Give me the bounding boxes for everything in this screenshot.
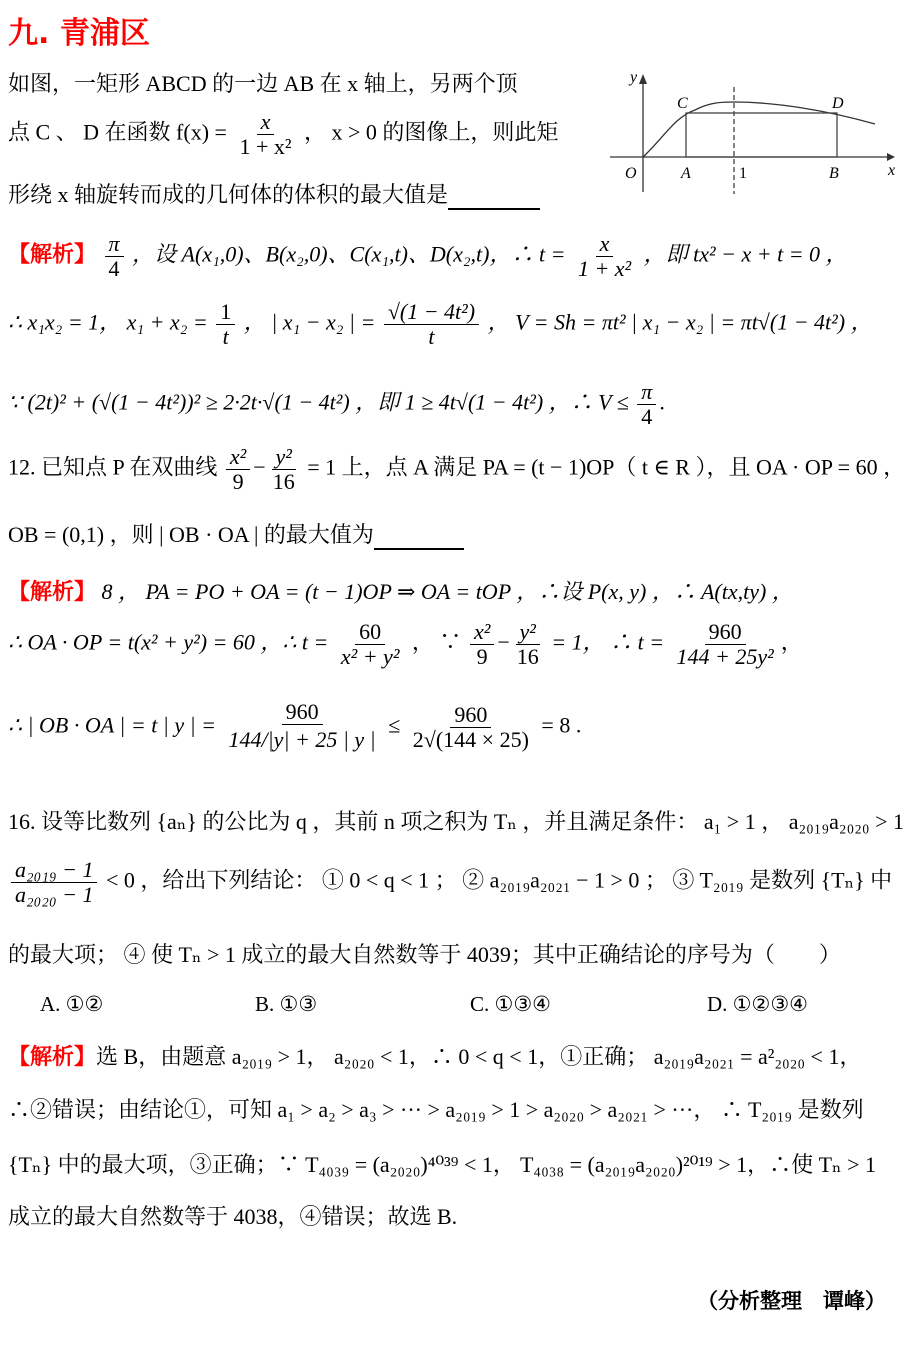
answer-blank [448, 182, 540, 210]
answer-fraction: π 4 [105, 232, 124, 281]
q12-line1: 12. 已知点 P 在双曲线 x² 9 − y² 16 = 1 上，点 A 满足… [8, 445, 905, 494]
option-c[interactable]: C. ①③④ [470, 992, 551, 1017]
q11-solution-line1: 【解析】 π 4 ，设 A(x₁,0)、B(x₂,0)、C(x₁,t)、D(x₂… [8, 232, 848, 281]
svg-text:y: y [628, 72, 638, 86]
svg-text:A: A [680, 165, 691, 182]
svg-text:C: C [677, 95, 688, 112]
option-d[interactable]: D. ①②③④ [707, 992, 808, 1017]
q11-solution-line3: ∵ (2t)² + (√(1 − 4t²))² ≥ 2·2t·√(1 − 4t²… [8, 380, 665, 429]
q11-line3: 形绕 x 轴旋转而成的几何体的体积的最大值是 [8, 178, 540, 210]
q12-solution-line2: ∴ OA · OP = t(x² + y²) = 60 ，∴ t = 60 x²… [8, 620, 803, 669]
rectangle-curve-figure: y x O A B C D 1 [605, 72, 895, 197]
q16-solution-line3: {Tₙ} 中的最大项，③正确；∵ T₄₀₃₉ = (a₂₀₂₀)⁴⁰³⁹ < 1… [8, 1148, 876, 1179]
svg-text:B: B [829, 165, 839, 182]
svg-text:x: x [887, 162, 895, 179]
q16-solution-line2: ∴②错误；由结论①，可知 a₁ > a₂ > a₃ > ··· > a₂₀₁₉ … [8, 1093, 864, 1124]
option-b[interactable]: B. ①③ [255, 992, 317, 1017]
svg-text:D: D [831, 95, 844, 112]
q16-solution-line4: 成立的最大自然数等于 4038，④错误；故选 B. [8, 1200, 457, 1231]
option-a[interactable]: A. ①② [40, 992, 103, 1017]
function-fraction: x 1 + x² [235, 110, 295, 159]
y-axis-arrow-icon [639, 74, 647, 84]
q12-solution-line1: 【解析】 8 ， PA = PO + OA = (t − 1)OP ⇒ OA =… [8, 575, 794, 606]
q11-line2: 点 C 、 D 在函数 f(x) = x 1 + x² ， x > 0 的图像上… [8, 110, 558, 159]
author-credit: （分析整理 谭峰） [697, 1285, 886, 1315]
svg-text:1: 1 [739, 165, 747, 182]
x-axis-arrow-icon [887, 153, 895, 161]
q11-line2-post: ， x > 0 的图像上，则此矩 [304, 120, 558, 145]
q16-line1: 16. 设等比数列 {aₙ} 的公比为 q ，其前 n 项之积为 Tₙ ，并且满… [8, 805, 908, 836]
solution-label: 【解析】 [8, 1045, 96, 1070]
solution-label: 【解析】 [8, 580, 96, 605]
q11-solution-line2: ∴ x₁x₂ = 1， x₁ + x₂ = 1 t ， | x₁ − x₂ | … [8, 300, 873, 349]
q11-line1: 如图，一矩形 ABCD 的一边 AB 在 x 轴上，另两个顶 [8, 70, 518, 98]
section-title: 九. 青浦区 [8, 8, 150, 52]
answer-blank [374, 522, 464, 550]
q12-line2: OB = (0,1) ，则 | OB · OA | 的最大值为 [8, 518, 464, 550]
q11-line2-pre: 点 C 、 D 在函数 f(x) = [8, 120, 227, 145]
q16-solution-line1: 【解析】选 B，由题意 a₂₀₁₉ > 1， a₂₀₂₀ < 1，∴ 0 < q… [8, 1040, 861, 1071]
q12-solution-line3: ∴ | OB · OA | = t | y | = 960 144/|y| + … [8, 700, 581, 755]
q16-line2: a₂₀₁₉ − 1 a₂₀₂₀ − 1 < 0 ，给出下列结论： ① 0 < q… [8, 858, 892, 907]
solution-label: 【解析】 [8, 243, 96, 268]
svg-text:O: O [625, 165, 637, 182]
q16-line3: 的最大项； ④ 使 Tₙ > 1 成立的最大自然数等于 4039；其中正确结论的… [8, 938, 841, 969]
